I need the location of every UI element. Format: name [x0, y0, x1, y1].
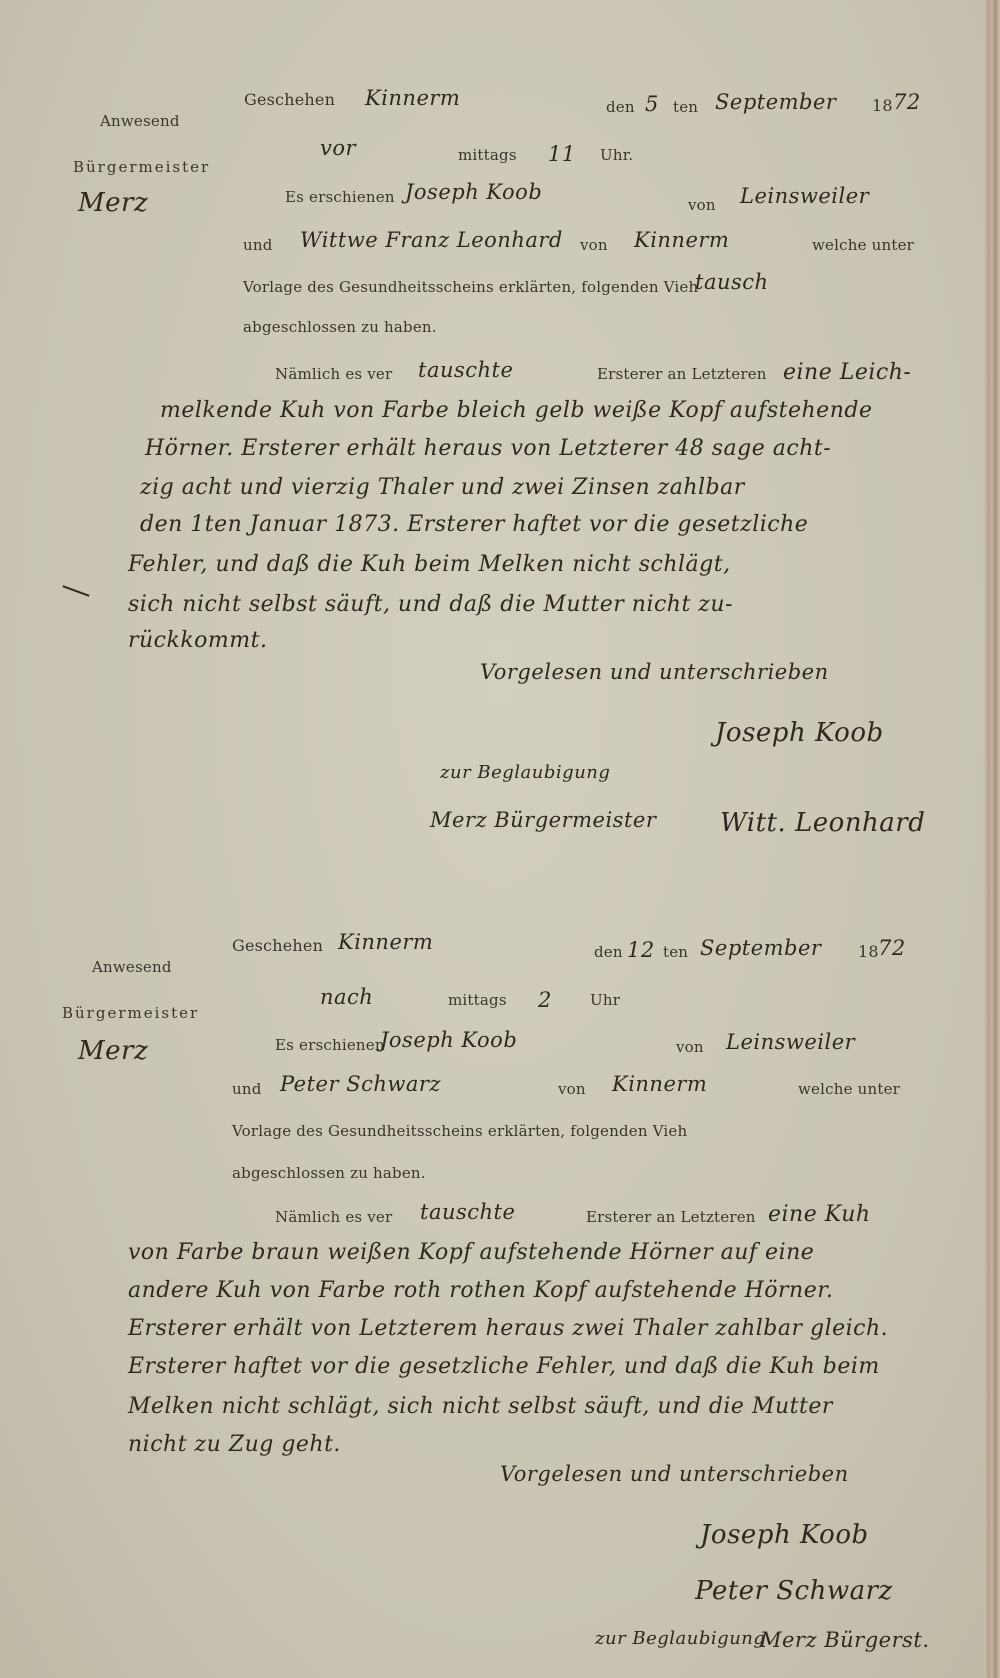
- mayor-name: Merz: [78, 188, 148, 218]
- handwritten-verb: tauschte: [418, 358, 513, 382]
- printed-und: und: [232, 1080, 262, 1098]
- printed-year-prefix: 18: [872, 96, 893, 115]
- mayor-signature: Merz Bürgerst.: [760, 1628, 930, 1652]
- printed-year-prefix: 18: [858, 942, 879, 961]
- body-line: melkende Kuh von Farbe bleich gelb weiße…: [160, 398, 872, 423]
- mayor-label: Bürgermeister: [62, 1004, 199, 1022]
- printed-ten: ten: [663, 943, 688, 961]
- printed-welche-unter: welche unter: [798, 1080, 900, 1098]
- handwritten-party1-origin: Leinsweiler: [726, 1030, 855, 1054]
- attestation-label: zur Beglaubigung: [440, 762, 610, 783]
- signature-party1: Joseph Koob: [700, 1520, 869, 1550]
- attestation-label: zur Beglaubigung: [595, 1628, 765, 1649]
- printed-geschehen: Geschehen: [232, 936, 323, 955]
- printed-mittags: mittags: [458, 146, 517, 164]
- handwritten-party1-origin: Leinsweiler: [740, 184, 869, 208]
- printed-den: den: [606, 98, 635, 116]
- printed-von-1: von: [688, 196, 716, 214]
- body-line: rückkommt.: [128, 628, 267, 653]
- printed-ten: ten: [673, 98, 698, 116]
- handwritten-day: 5: [645, 92, 659, 116]
- handwritten-party1-name: Joseph Koob: [405, 180, 542, 204]
- printed-von-2: von: [558, 1080, 586, 1098]
- handwritten-place: Kinnerm: [365, 86, 460, 110]
- printed-und: und: [243, 236, 273, 254]
- body-line: zig acht und vierzig Thaler und zwei Zin…: [140, 475, 745, 500]
- printed-geschehen: Geschehen: [244, 90, 335, 109]
- printed-uhr: Uhr.: [600, 146, 633, 164]
- printed-naemlich: Nämlich es ver: [275, 365, 392, 383]
- handwritten-vor-nach: vor: [320, 136, 356, 160]
- printed-es-erschienen: Es erschienen: [275, 1036, 385, 1054]
- body-line: von Farbe braun weißen Kopf aufstehende …: [128, 1240, 814, 1265]
- body-line: Ersterer haftet vor die gesetzliche Fehl…: [128, 1354, 880, 1379]
- handwritten-party2-name: Peter Schwarz: [280, 1072, 441, 1096]
- printed-abgeschlossen: abgeschlossen zu haben.: [243, 318, 437, 336]
- handwritten-month: September: [715, 90, 836, 114]
- body-line: Melken nicht schlägt, sich nicht selbst …: [128, 1394, 833, 1419]
- printed-naemlich: Nämlich es ver: [275, 1208, 392, 1226]
- handwritten-hour: 2: [538, 988, 552, 1012]
- printed-uhr: Uhr: [590, 991, 620, 1009]
- body-line: eine Kuh: [768, 1202, 871, 1227]
- signature-party2: Peter Schwarz: [695, 1576, 893, 1606]
- handwritten-verb: tauschte: [420, 1200, 515, 1224]
- handwritten-hour: 11: [548, 142, 576, 166]
- printed-von-1: von: [676, 1038, 704, 1056]
- printed-abgeschlossen: abgeschlossen zu haben.: [232, 1164, 426, 1182]
- present-label: Anwesend: [100, 112, 180, 130]
- closing-formula: Vorgelesen und unterschrieben: [500, 1462, 849, 1486]
- printed-vorlage: Vorlage des Gesundheitsscheins erklärten…: [232, 1122, 687, 1140]
- printed-vorlage: Vorlage des Gesundheitsscheins erklärten…: [243, 278, 698, 296]
- handwritten-vor-nach: nach: [320, 985, 373, 1009]
- handwritten-month: September: [700, 936, 821, 960]
- printed-welche-unter: welche unter: [812, 236, 914, 254]
- body-line: Fehler, und daß die Kuh beim Melken nich…: [128, 552, 731, 577]
- printed-mittags: mittags: [448, 991, 507, 1009]
- printed-ersterer: Ersterer an Letzteren: [586, 1208, 756, 1226]
- handwritten-party2-origin: Kinnerm: [634, 228, 729, 252]
- body-line: Ersterer erhält von Letzterem heraus zwe…: [128, 1316, 888, 1341]
- handwritten-year-suffix: 72: [878, 936, 906, 960]
- handwritten-party2-origin: Kinnerm: [612, 1072, 707, 1096]
- body-line: den 1ten Januar 1873. Ersterer haftet vo…: [140, 512, 808, 537]
- signature-party1: Joseph Koob: [715, 718, 884, 748]
- body-line: nicht zu Zug geht.: [128, 1432, 341, 1457]
- body-line: Hörner. Ersterer erhält heraus von Letzt…: [145, 436, 831, 461]
- body-line: andere Kuh von Farbe roth rothen Kopf au…: [128, 1278, 833, 1303]
- page-binding-edge: [984, 0, 1000, 1678]
- closing-formula: Vorgelesen und unterschrieben: [480, 660, 829, 684]
- handwritten-party1-name: Joseph Koob: [380, 1028, 517, 1052]
- printed-ersterer: Ersterer an Letzteren: [597, 365, 767, 383]
- body-line: eine Leich-: [783, 360, 911, 385]
- signature-party2: Witt. Leonhard: [720, 808, 925, 838]
- margin-dash-mark: [63, 585, 90, 596]
- printed-den: den: [594, 943, 623, 961]
- body-line: sich nicht selbst säuft, und daß die Mut…: [128, 592, 733, 617]
- printed-von-2: von: [580, 236, 608, 254]
- mayor-label: Bürgermeister: [73, 158, 210, 176]
- mayor-signature: Merz Bürgermeister: [430, 808, 656, 832]
- handwritten-year-suffix: 72: [893, 90, 921, 114]
- handwritten-place: Kinnerm: [338, 930, 433, 954]
- mayor-name: Merz: [78, 1036, 148, 1066]
- document-page: Anwesend Bürgermeister Merz Geschehen Ki…: [0, 0, 1000, 1678]
- handwritten-day: 12: [627, 938, 655, 962]
- present-label: Anwesend: [92, 958, 172, 976]
- handwritten-party2-name: Wittwe Franz Leonhard: [300, 228, 563, 252]
- printed-es-erschienen: Es erschienen: [285, 188, 395, 206]
- handwritten-transaction: tausch: [695, 270, 769, 294]
